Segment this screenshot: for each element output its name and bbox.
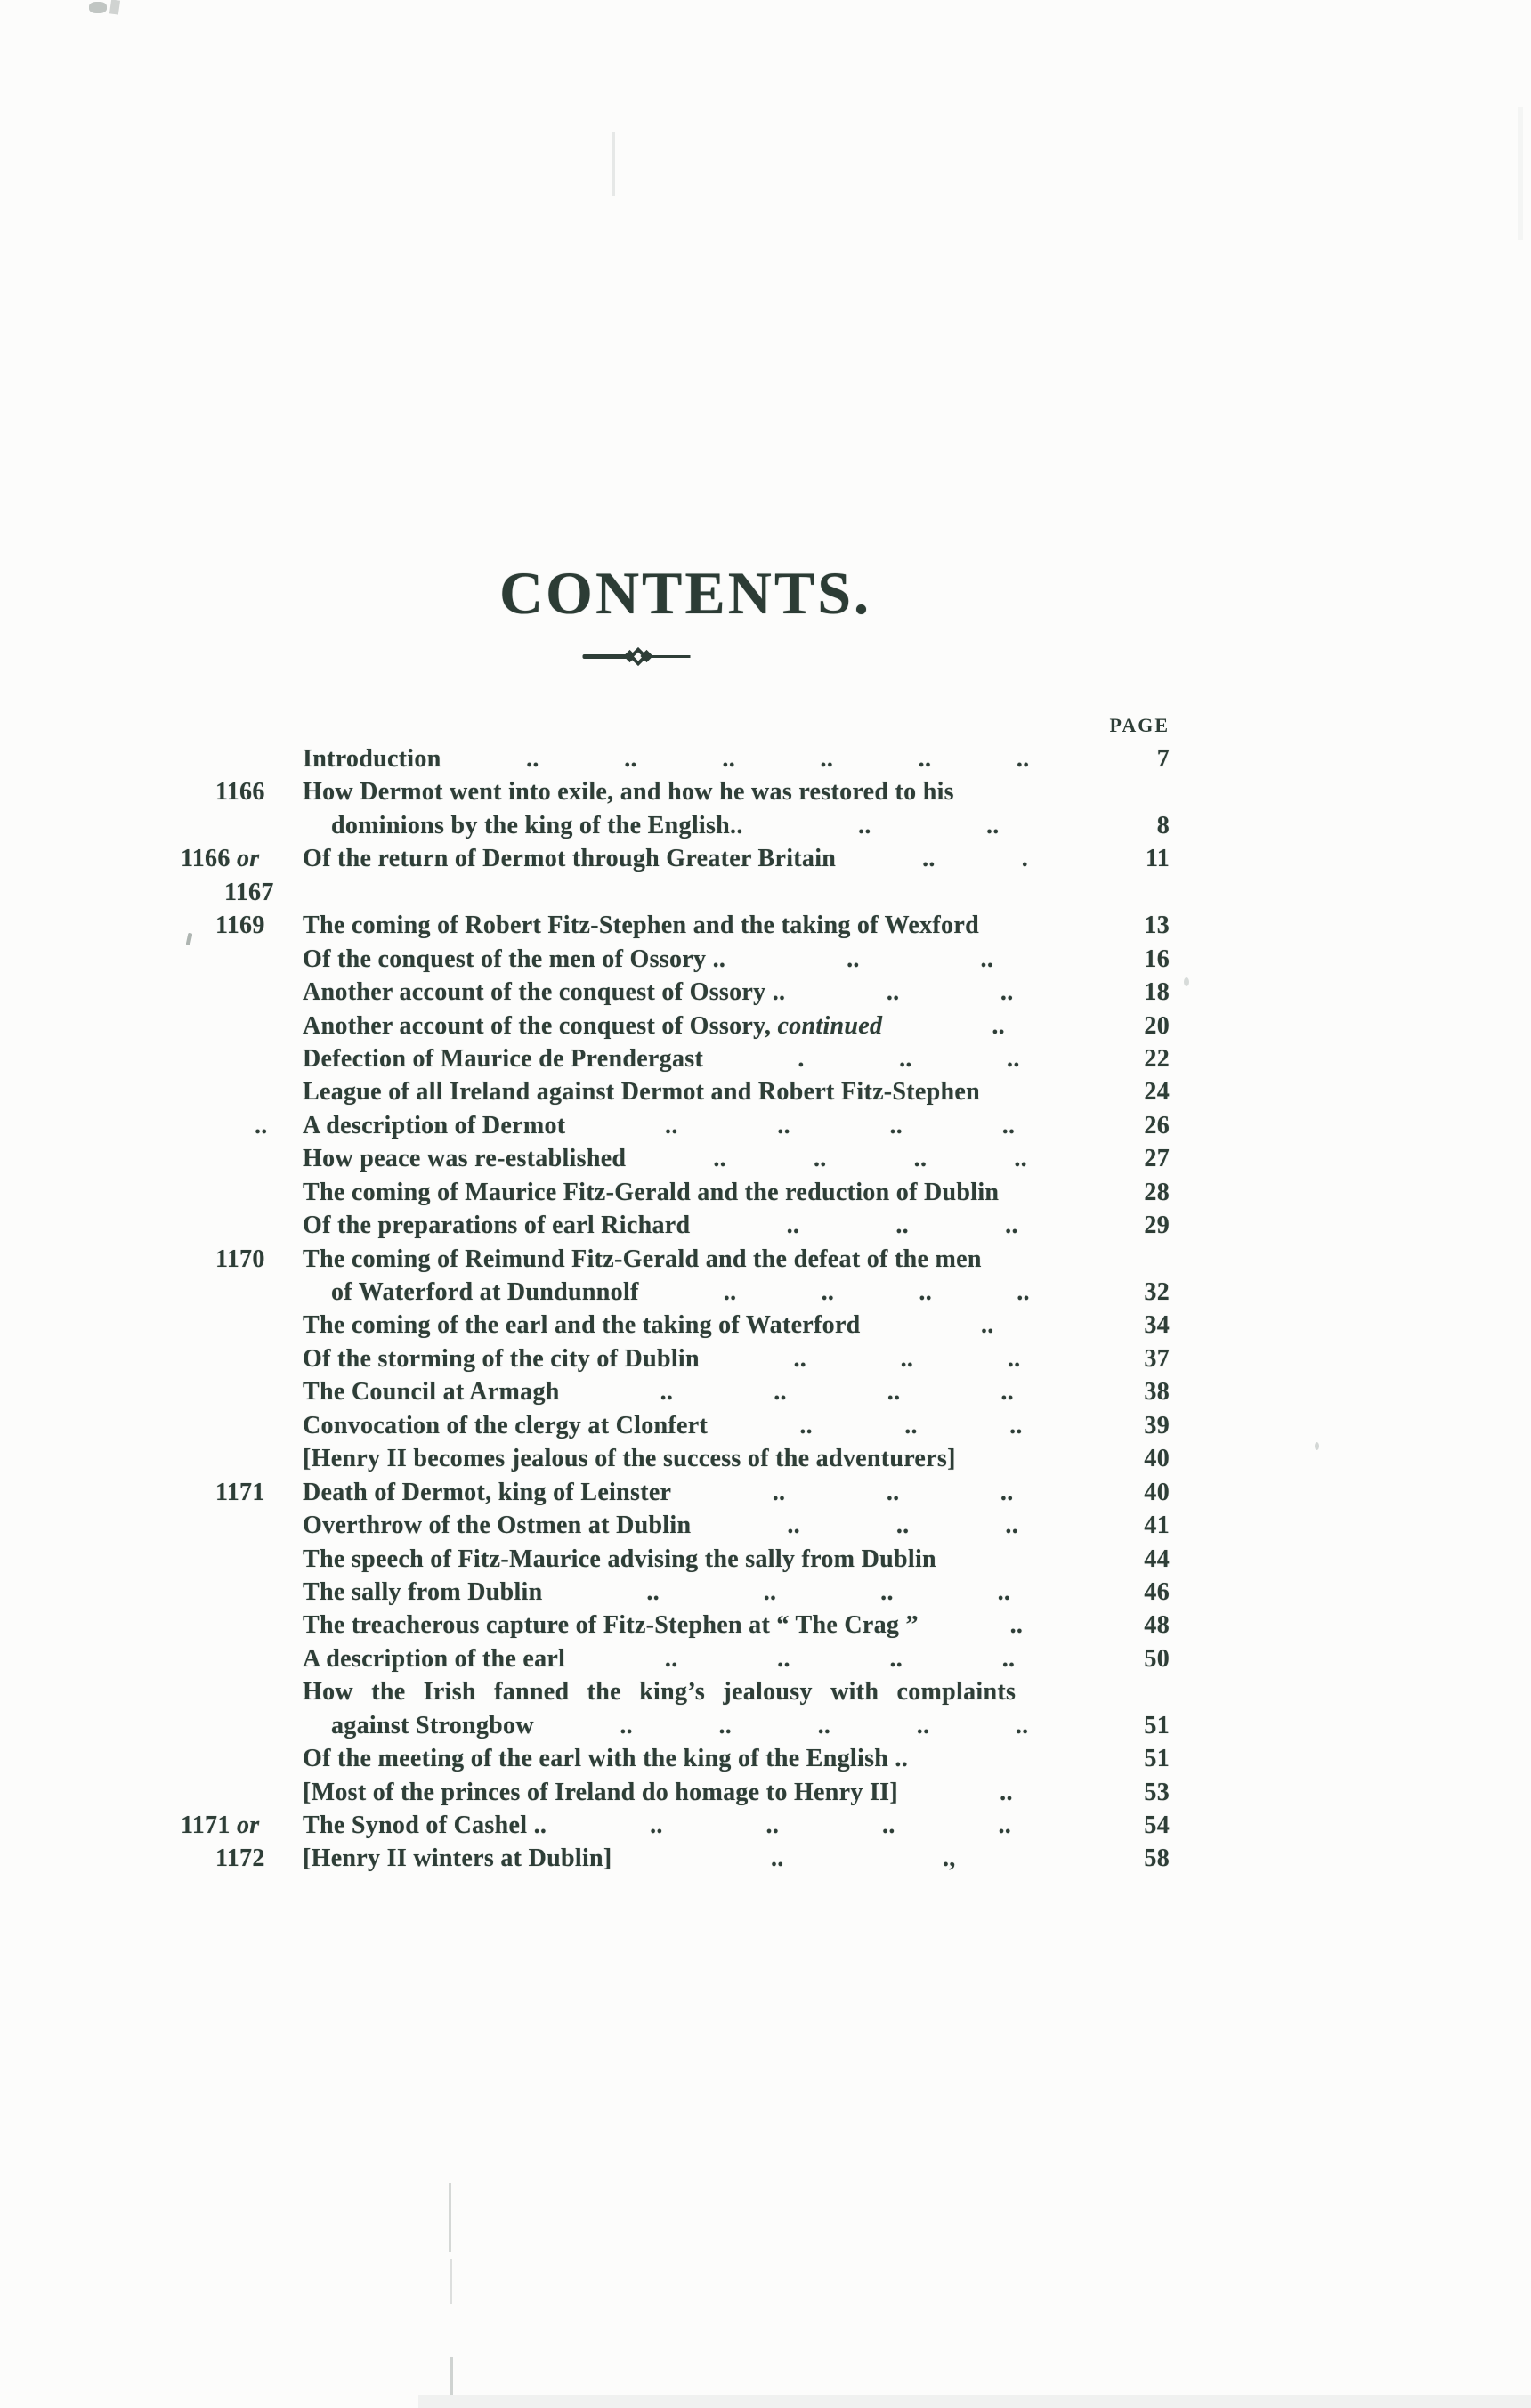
- toc-row: [Henry II becomes jealous of the success…: [215, 1442, 1170, 1475]
- toc-row: 1171Death of Dermot, king of Leinster...…: [215, 1476, 1170, 1509]
- toc-entry-title: Convocation of the clergy at Clonfert: [303, 1409, 708, 1442]
- toc-entry-page-number: 28: [1114, 1176, 1170, 1209]
- toc-entry-body: Overthrow of the Ostmen at Dublin......: [303, 1509, 1114, 1542]
- toc-entry-body: [Most of the princes of Ireland do homag…: [303, 1776, 1114, 1809]
- toc-row: 1169The coming of Robert Fitz-Stephen an…: [215, 909, 1170, 942]
- toc-entry-dot-leaders: ........: [543, 1576, 1115, 1609]
- toc-entry-page-number: 53: [1114, 1776, 1170, 1809]
- toc-entry-title: The treacherous capture of Fitz-Stephen …: [303, 1609, 919, 1642]
- toc-entry-dot-leaders: ......: [691, 1509, 1114, 1542]
- toc-row: [Most of the princes of Ireland do homag…: [215, 1776, 1170, 1809]
- dot-leader-group: ..: [818, 1709, 831, 1742]
- toc-entry-page-number: 58: [1114, 1842, 1170, 1875]
- toc-entry-title-italic: continued: [777, 1012, 882, 1040]
- dot-leader-group: ..: [1000, 1476, 1014, 1509]
- dot-leader-group: ..: [917, 1709, 930, 1742]
- toc-entry-title: The Synod of Cashel ..: [303, 1809, 547, 1842]
- toc-entry-page-number: 41: [1114, 1509, 1170, 1542]
- toc-entry-body: Another account of the conquest of Ossor…: [303, 976, 1114, 1009]
- toc-entry-title: The coming of the earl and the taking of…: [303, 1309, 861, 1342]
- toc-entry-title: Overthrow of the Ostmen at Dublin: [303, 1509, 691, 1542]
- toc-entry-body: dominions by the king of the English....…: [303, 809, 1114, 842]
- scan-artifact: [418, 2395, 1531, 2408]
- toc-entry-body: How Dermot went into exile, and how he w…: [303, 775, 1114, 808]
- toc-row: 1171 orThe Synod of Cashel ..........54: [215, 1809, 1170, 1842]
- toc-entry-page-number: 32: [1114, 1276, 1170, 1309]
- toc-entry-page-number: 22: [1114, 1042, 1170, 1075]
- toc-entry-title: A description of the earl: [303, 1642, 565, 1675]
- toc-entry-page-number: 16: [1114, 943, 1170, 976]
- dot-leader-group: ..: [526, 742, 539, 775]
- toc-entry-body: of Waterford at Dundunnolf........: [303, 1276, 1114, 1309]
- dot-leader-group: ..: [880, 1576, 894, 1609]
- toc-row: 1170The coming of Reimund Fitz-Gerald an…: [215, 1243, 1170, 1276]
- toc-row: Defection of Maurice de Prendergast.....…: [215, 1042, 1170, 1075]
- toc-entry-title: Of the conquest of the men of Ossory ..: [303, 943, 725, 976]
- toc-entry-page-number: 34: [1114, 1309, 1170, 1342]
- dot-leader-group: ..: [1000, 1375, 1014, 1408]
- toc-entry-dot-leaders: ..: [861, 1309, 1114, 1342]
- toc-entry-dot-leaders: ......: [671, 1476, 1114, 1509]
- dot-leader-group: ..: [1002, 1642, 1016, 1675]
- dot-leader-group: ..: [1017, 742, 1030, 775]
- dot-leader-group: ..: [764, 1576, 777, 1609]
- toc-row: The treacherous capture of Fitz-Stephen …: [215, 1609, 1170, 1642]
- toc-entry-title: [Most of the princes of Ireland do homag…: [303, 1776, 898, 1809]
- toc-entry-page-number: 18: [1114, 976, 1170, 1009]
- toc-entry-title: The speech of Fitz-Maurice advising the …: [303, 1543, 936, 1576]
- toc-row: Of the meeting of the earl with the king…: [215, 1742, 1170, 1775]
- dot-leader-group: ..: [919, 742, 932, 775]
- toc-entry-dot-leaders: ............: [441, 742, 1114, 775]
- toc-entry-title: The sally from Dublin: [303, 1576, 543, 1609]
- toc-entry-body: A description of the earl........: [303, 1642, 1114, 1675]
- scan-artifact: [1315, 1442, 1319, 1450]
- toc-row: ..A description of Dermot........26: [215, 1109, 1170, 1142]
- toc-entry-page-number: 51: [1114, 1709, 1170, 1742]
- toc-entry-body: League of all Ireland against Dermot and…: [303, 1075, 1114, 1108]
- dot-leader-group: ..: [624, 742, 637, 775]
- dot-leader-group: ..: [646, 1576, 660, 1609]
- toc-entry-year: 1167: [215, 876, 303, 909]
- dot-leader-group: ..: [981, 1309, 994, 1342]
- dot-leader-group: ..: [1002, 1109, 1016, 1142]
- toc-entry-title: Of the storming of the city of Dublin: [303, 1342, 700, 1375]
- toc-entry-page-number: 48: [1114, 1609, 1170, 1642]
- dot-leader-group: ..: [882, 1809, 895, 1842]
- toc-row: Of the conquest of the men of Ossory ...…: [215, 943, 1170, 976]
- toc-entry-year: 1166: [215, 775, 303, 808]
- toc-entry-page-number: 26: [1114, 1109, 1170, 1142]
- toc-entry-title: The coming of Maurice Fitz-Gerald and th…: [303, 1176, 999, 1209]
- dot-leader-group: ..: [799, 1409, 813, 1442]
- dot-leader-group: ..: [650, 1809, 663, 1842]
- toc-entry-dot-leaders: ....: [785, 976, 1114, 1009]
- toc-row: The coming of the earl and the taking of…: [215, 1309, 1170, 1342]
- toc-entry-body: The Synod of Cashel ..........: [303, 1809, 1114, 1842]
- divider-line-right: [650, 655, 691, 658]
- scanned-book-page: { "page": { "title": "CONTENTS.", "page_…: [0, 0, 1531, 2408]
- scan-artifact: [1518, 107, 1523, 240]
- toc-entry-page-number: 39: [1114, 1409, 1170, 1442]
- toc-row: Introduction............7: [215, 742, 1170, 775]
- toc-row: 1166How Dermot went into exile, and how …: [215, 775, 1170, 808]
- dot-leader-group: ..: [1007, 1042, 1020, 1075]
- toc-entry-year: 1172: [215, 1842, 303, 1875]
- toc-entry-page-number: 8: [1114, 809, 1170, 842]
- toc-entry-body: Death of Dermot, king of Leinster......: [303, 1476, 1114, 1509]
- dot-leader-group: ..: [919, 1276, 932, 1309]
- dot-leader-group: ..: [660, 1375, 674, 1408]
- toc-entry-page-number: 7: [1114, 742, 1170, 775]
- dot-leader-group: ..: [793, 1342, 806, 1375]
- dot-leader-group: ..: [1016, 1709, 1029, 1742]
- toc-entry-year: 1169: [215, 909, 303, 942]
- toc-entry-dot-leaders: ........: [565, 1642, 1114, 1675]
- toc-entry-body: Of the return of Dermot through Greater …: [303, 842, 1114, 875]
- toc-entry-dot-leaders: ...: [836, 842, 1114, 875]
- toc-entry-dot-leaders: ........: [560, 1375, 1114, 1408]
- dot-leader-group: ..: [1010, 1609, 1024, 1642]
- toc-entry-year: 1171 or: [181, 1809, 303, 1842]
- toc-entry-year-qualifier: or: [237, 845, 260, 872]
- dot-leader-group: ..: [713, 1142, 726, 1175]
- dot-leader-group: ..: [665, 1642, 678, 1675]
- toc-entry-page-number: 29: [1114, 1209, 1170, 1242]
- dot-leader-group: ..: [821, 742, 834, 775]
- toc-entry-dot-leaders: ........: [639, 1276, 1114, 1309]
- toc-entry-page-number: 44: [1114, 1543, 1170, 1576]
- toc-entry-year: 1166 or: [181, 842, 303, 875]
- dot-leader-group: ..: [899, 1042, 912, 1075]
- title-divider-ornament: [583, 647, 691, 665]
- toc-entry-title: Another account of the conquest of Ossor…: [303, 976, 785, 1009]
- toc-entry-body: Another account of the conquest of Ossor…: [303, 1009, 1114, 1042]
- toc-entry-title: The coming of Robert Fitz-Stephen and th…: [303, 909, 979, 942]
- toc-row: 1172[Henry II winters at Dublin]...,58: [215, 1842, 1170, 1875]
- dot-leader-group: ..: [986, 809, 1000, 842]
- toc-entry-dot-leaders: .....: [703, 1042, 1114, 1075]
- toc-entry-title: League of all Ireland against Dermot and…: [303, 1075, 980, 1108]
- dot-leader-group: ..: [914, 1142, 928, 1175]
- toc-row: League of all Ireland against Dermot and…: [215, 1075, 1170, 1108]
- toc-row: A description of the earl........50: [215, 1642, 1170, 1675]
- toc-row: Another account of the conquest of Ossor…: [215, 1009, 1170, 1042]
- toc-entry-title: Another account of the conquest of Ossor…: [303, 1009, 882, 1042]
- toc-entry-body: Of the preparations of earl Richard.....…: [303, 1209, 1114, 1242]
- dot-leader-group: ..: [998, 1809, 1011, 1842]
- toc-row: The sally from Dublin........46: [215, 1576, 1170, 1609]
- scan-artifact: [450, 2259, 452, 2304]
- toc-entry-title: A description of Dermot: [303, 1109, 565, 1142]
- toc-entry-page-number: 50: [1114, 1642, 1170, 1675]
- dot-leader-group: ..: [771, 1842, 784, 1875]
- toc-entry-title: How the Irish fanned the king’s jealousy…: [303, 1675, 1016, 1708]
- dot-leader-group: ..: [1000, 1776, 1013, 1809]
- toc-entry-body: Of the meeting of the earl with the king…: [303, 1742, 1114, 1775]
- toc-entry-dot-leaders: ..........: [534, 1709, 1114, 1742]
- toc-entry-dot-leaders: ......: [708, 1409, 1114, 1442]
- dot-leader-group: ..: [998, 1576, 1011, 1609]
- toc-entry-body: The coming of the earl and the taking of…: [303, 1309, 1114, 1342]
- toc-entry-body: The coming of Maurice Fitz-Gerald and th…: [303, 1176, 1114, 1209]
- toc-row: Another account of the conquest of Ossor…: [215, 976, 1170, 1009]
- toc-entry-page-number: 24: [1114, 1075, 1170, 1108]
- toc-row: How peace was re-established........27: [215, 1142, 1170, 1175]
- toc-entry-page-number: 54: [1114, 1809, 1170, 1842]
- dot-leader-group: .: [798, 1042, 804, 1075]
- dot-leader-group: ..: [1000, 976, 1014, 1009]
- toc-entry-dot-leaders: ........: [547, 1809, 1114, 1842]
- toc-row: of Waterford at Dundunnolf........32: [215, 1276, 1170, 1309]
- toc-row: 1167: [215, 876, 1170, 909]
- toc-entry-title: against Strongbow: [331, 1709, 534, 1742]
- dot-leader-group: ..: [822, 1276, 835, 1309]
- dot-leader-group: ..: [787, 1209, 800, 1242]
- dot-leader-group: ..: [787, 1509, 800, 1542]
- toc-entry-page-number: 13: [1114, 909, 1170, 942]
- dot-leader-group: ..: [777, 1642, 790, 1675]
- toc-rows: Introduction............71166How Dermot …: [215, 742, 1170, 1876]
- toc-row: 1166 orOf the return of Dermot through G…: [215, 842, 1170, 875]
- dot-leader-group: ..: [766, 1809, 780, 1842]
- dot-leader-group: ..: [620, 1709, 633, 1742]
- toc-entry-body: Of the storming of the city of Dublin...…: [303, 1342, 1114, 1375]
- toc-entry-title: dominions by the king of the English..: [331, 809, 743, 842]
- toc-entry-title: Death of Dermot, king of Leinster: [303, 1476, 671, 1509]
- dot-leader-group: ..: [847, 943, 860, 976]
- toc-entry-dot-leaders: ....: [725, 943, 1114, 976]
- toc-entry-body: The Council at Armagh........: [303, 1375, 1114, 1408]
- toc-row: dominions by the king of the English....…: [215, 809, 1170, 842]
- toc-entry-body: The treacherous capture of Fitz-Stephen …: [303, 1609, 1114, 1642]
- toc-entry-year-qualifier: or: [237, 1812, 260, 1839]
- toc-entry-page-number: 38: [1114, 1375, 1170, 1408]
- toc-row: Overthrow of the Ostmen at Dublin......4…: [215, 1509, 1170, 1542]
- toc-entry-body: The sally from Dublin........: [303, 1576, 1114, 1609]
- toc-row: The coming of Maurice Fitz-Gerald and th…: [215, 1176, 1170, 1209]
- toc-entry-page-number: 51: [1114, 1742, 1170, 1775]
- toc-row: Of the storming of the city of Dublin...…: [215, 1342, 1170, 1375]
- dot-leader-group: ..: [773, 1476, 786, 1509]
- toc-entry-page-number: 37: [1114, 1342, 1170, 1375]
- dot-leader-group: ..: [858, 809, 871, 842]
- toc-entry-page-number: 20: [1114, 1009, 1170, 1042]
- toc-entry-page-number: 46: [1114, 1576, 1170, 1609]
- scan-artifact: [186, 933, 193, 946]
- dot-leader-group: ..: [719, 1709, 733, 1742]
- page-column-label: PAGE: [1110, 714, 1170, 737]
- toc-entry-title: Introduction: [303, 742, 441, 775]
- toc-entry-title: The Council at Armagh: [303, 1375, 560, 1408]
- dot-leader-group: ..: [1017, 1276, 1030, 1309]
- toc-entry-body: A description of Dermot........: [303, 1109, 1114, 1142]
- toc-entry-body: The coming of Reimund Fitz-Gerald and th…: [303, 1243, 1114, 1276]
- toc-entry-year: 1171: [215, 1476, 303, 1509]
- toc-entry-page-number: 40: [1114, 1476, 1170, 1509]
- dot-leader-group: ..: [665, 1109, 678, 1142]
- toc-entry-dot-leaders: ........: [626, 1142, 1114, 1175]
- toc-entry-title: How Dermot went into exile, and how he w…: [303, 775, 954, 808]
- dot-leader-group: .: [1022, 842, 1028, 875]
- toc-entry-body: Introduction............: [303, 742, 1114, 775]
- scan-artifact: [1184, 977, 1189, 986]
- dot-leader-group: ..: [1009, 1409, 1023, 1442]
- toc-entry-year: 1170: [215, 1243, 303, 1276]
- dot-leader-group: ..: [1014, 1142, 1027, 1175]
- toc-entry-year: ..: [215, 1109, 303, 1142]
- toc-entry-body: The coming of Robert Fitz-Stephen and th…: [303, 909, 1114, 942]
- toc-entry-page-number: 11: [1114, 842, 1170, 875]
- scan-artifact: [612, 132, 615, 196]
- dot-leader-group: ..: [1008, 1342, 1021, 1375]
- toc-entry-dot-leaders: ......: [700, 1342, 1114, 1375]
- toc-entry-title: [Henry II becomes jealous of the success…: [303, 1442, 956, 1475]
- toc-entry-dot-leaders: ......: [690, 1209, 1114, 1242]
- dot-leader-group: ..: [895, 1209, 909, 1242]
- toc-row: Of the preparations of earl Richard.....…: [215, 1209, 1170, 1242]
- scan-artifact: [109, 0, 120, 15]
- dot-leader-group: ..: [814, 1142, 827, 1175]
- dot-leader-group: ..: [890, 1109, 903, 1142]
- toc-row: The speech of Fitz-Maurice advising the …: [215, 1543, 1170, 1576]
- dot-leader-group: ..: [724, 1276, 737, 1309]
- dot-leader-group: ..: [992, 1009, 1005, 1042]
- toc-entry-body: [Henry II winters at Dublin]...,: [303, 1842, 1114, 1875]
- toc-entry-dot-leaders: ..: [919, 1609, 1114, 1642]
- dot-leader-group: ..: [777, 1109, 790, 1142]
- toc-row: How the Irish fanned the king’s jealousy…: [215, 1675, 1170, 1708]
- toc-entry-title: Of the preparations of earl Richard: [303, 1209, 690, 1242]
- dot-leader-group: ..: [904, 1409, 918, 1442]
- dot-leader-group: ..: [922, 842, 936, 875]
- dot-leader-group: ..: [1005, 1509, 1018, 1542]
- dot-leader-group: ..: [981, 943, 994, 976]
- toc-row: against Strongbow..........51: [215, 1709, 1170, 1742]
- toc-entry-body: Defection of Maurice de Prendergast.....: [303, 1042, 1114, 1075]
- dot-leader-group: ..: [896, 1509, 910, 1542]
- toc-row: The Council at Armagh........38: [215, 1375, 1170, 1408]
- toc-row: Convocation of the clergy at Clonfert...…: [215, 1409, 1170, 1442]
- scan-artifact: [449, 2183, 451, 2252]
- toc-entry-title: of Waterford at Dundunnolf: [331, 1276, 639, 1309]
- page-title: CONTENTS.: [499, 561, 871, 625]
- toc-entry-body: Of the conquest of the men of Ossory ...…: [303, 943, 1114, 976]
- dot-leader-group: ..: [889, 1642, 903, 1675]
- toc-entry-title: The coming of Reimund Fitz-Gerald and th…: [303, 1243, 982, 1276]
- table-of-contents: PAGE Introduction............71166How De…: [215, 712, 1170, 1876]
- dot-leader-group: ..: [1005, 1209, 1018, 1242]
- toc-entry-title: [Henry II winters at Dublin]: [303, 1842, 612, 1875]
- dot-leader-group: ..: [722, 742, 735, 775]
- toc-entry-body: The speech of Fitz-Maurice advising the …: [303, 1543, 1114, 1576]
- toc-entry-page-number: 40: [1114, 1442, 1170, 1475]
- dot-leader-group: ..: [887, 1476, 900, 1509]
- toc-entry-body: [Henry II becomes jealous of the success…: [303, 1442, 1114, 1475]
- dot-leader-group: .,: [943, 1842, 956, 1875]
- toc-entry-title: Of the return of Dermot through Greater …: [303, 842, 836, 875]
- dot-leader-group: ..: [774, 1375, 787, 1408]
- toc-entry-dot-leaders: ...,: [612, 1842, 1114, 1875]
- toc-entry-body: Convocation of the clergy at Clonfert...…: [303, 1409, 1114, 1442]
- toc-entry-page-number: 27: [1114, 1142, 1170, 1175]
- toc-entry-body: How peace was re-established........: [303, 1142, 1114, 1175]
- dot-leader-group: ..: [887, 976, 900, 1009]
- toc-entry-dot-leaders: ..: [882, 1009, 1114, 1042]
- dot-leader-group: ..: [887, 1375, 901, 1408]
- toc-entry-body: against Strongbow..........: [303, 1709, 1114, 1742]
- scan-artifact: [89, 2, 107, 13]
- toc-entry-title: Defection of Maurice de Prendergast: [303, 1042, 703, 1075]
- toc-entry-dot-leaders: ....: [743, 809, 1114, 842]
- toc-entry-title: How peace was re-established: [303, 1142, 626, 1175]
- toc-entry-dot-leaders: ........: [565, 1109, 1114, 1142]
- dot-leader-group: ..: [901, 1342, 914, 1375]
- toc-entry-dot-leaders: ..: [898, 1776, 1114, 1809]
- divider-line-left: [583, 654, 628, 659]
- toc-entry-title: Of the meeting of the earl with the king…: [303, 1742, 908, 1775]
- toc-entry-body: How the Irish fanned the king’s jealousy…: [303, 1675, 1114, 1708]
